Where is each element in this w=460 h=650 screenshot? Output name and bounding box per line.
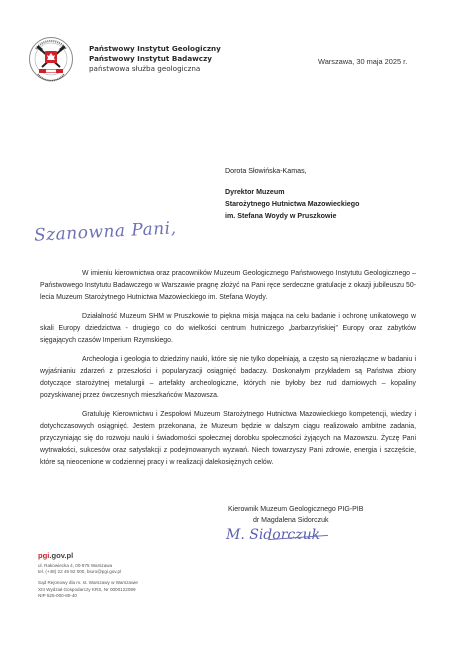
paragraph: Działalność Muzeum SHM w Pruszkowie to p… bbox=[40, 311, 416, 347]
letterhead: Państwowy Instytut Geologiczny Państwowy… bbox=[89, 44, 221, 74]
recipient-title: Dyrektor Muzeum bbox=[225, 186, 359, 198]
website-link[interactable]: pgi.gov.pl bbox=[38, 550, 138, 561]
recipient-block: Dorota Słowińska-Kamas, Dyrektor Muzeum … bbox=[225, 165, 359, 222]
footer-court: Sąd Rejonowy dla m. st. Warszawy w Warsz… bbox=[38, 580, 138, 586]
institute-name: Państwowy Instytut Geologiczny bbox=[89, 44, 221, 54]
handwritten-signature: M. Sidorczuk bbox=[226, 527, 320, 543]
institute-service: państwowa służba geologiczna bbox=[89, 64, 221, 74]
paragraph: Archeologia i geologia to dziedziny nauk… bbox=[40, 354, 416, 402]
signatory-name: dr Magdalena Sidorczuk bbox=[228, 516, 363, 527]
handwritten-salutation: Szanowna Pani, bbox=[34, 218, 177, 245]
footer-nip: NIP 525-000-80-40 bbox=[38, 593, 138, 599]
recipient-institution-2: im. Stefana Woydy w Pruszkowie bbox=[225, 210, 359, 222]
signatory-position: Kierownik Muzeum Geologicznego PIG-PIB bbox=[228, 505, 363, 516]
recipient-institution-1: Starożytnego Hutnictwa Mazowieckiego bbox=[225, 198, 359, 210]
paragraph: Gratuluję Kierownictwu i Zespołowi Muzeu… bbox=[40, 409, 416, 469]
footer: pgi.gov.pl ul. Rakowiecka 4, 00-975 Wars… bbox=[38, 550, 138, 599]
pig-pib-emblem-icon bbox=[28, 36, 74, 82]
institute-subtitle: Państwowy Instytut Badawczy bbox=[89, 54, 221, 64]
recipient-name: Dorota Słowińska-Kamas, bbox=[225, 165, 359, 177]
footer-krs: XIII Wydział Gospodarczy KRS, Nr 0000122… bbox=[38, 587, 138, 593]
letter-date: Warszawa, 30 maja 2025 r. bbox=[318, 57, 407, 66]
paragraph: W imieniu kierownictwa oraz pracowników … bbox=[40, 268, 416, 304]
letter-body: W imieniu kierownictwa oraz pracowników … bbox=[40, 268, 416, 476]
signature-block: Kierownik Muzeum Geologicznego PIG-PIB d… bbox=[228, 505, 363, 526]
